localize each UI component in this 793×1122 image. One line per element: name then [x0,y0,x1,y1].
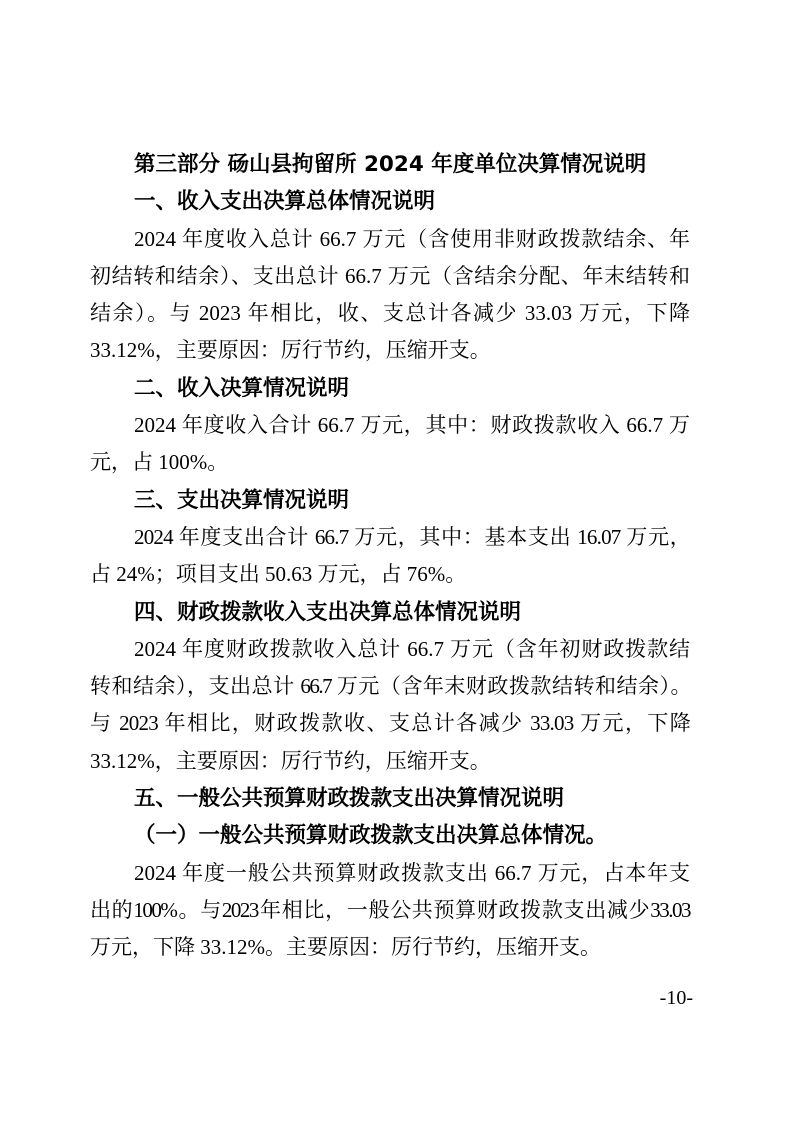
paragraph-line: 2024 年度收入合计 66.7 万元，其中：财政拨款收入 66.7 万 [90,407,690,444]
paragraph-line: 2024 年度一般公共预算财政拨款支出 66.7 万元，占本年支 [90,855,690,892]
section-5-heading: 五、一般公共预算财政拨款支出决算情况说明 [90,780,690,817]
paragraph-line: 与 2023 年相比，财政拨款收、支总计各减少 33.03 万元，下降 [90,705,690,742]
paragraph-line: 结余）。与 2023 年相比，收、支总计各减少 33.03 万元，下降 [90,295,690,332]
paragraph-line: 2024 年度财政拨款收入总计 66.7 万元（含年初财政拨款结 [90,631,690,668]
paragraph-line: 33.12%，主要原因：厉行节约，压缩开支。 [90,332,690,369]
paragraph-line: 初结转和结余）、支出总计 66.7 万元（含结余分配、年末结转和 [90,258,690,295]
paragraph-line: 占 24%；项目支出 50.63 万元，占 76%。 [90,556,690,593]
paragraph-line: 转和结余），支出总计 66.7 万元（含年末财政拨款结转和结余）。 [90,668,690,705]
document-title: 第三部分 砀山县拘留所 2024 年度单位决算情况说明 [90,146,690,183]
document-page: { "doc": { "title": "第三部分 砀山县拘留所 2024 年度… [0,0,793,1122]
paragraph-line: 万元，下降 33.12%。主要原因：厉行节约，压缩开支。 [90,929,690,966]
paragraph-line: 元，占 100%。 [90,444,690,481]
section-5-subheading: （一）一般公共预算财政拨款支出决算总体情况。 [90,817,690,854]
section-1-heading: 一、收入支出决算总体情况说明 [90,183,690,220]
document-body: 第三部分 砀山县拘留所 2024 年度单位决算情况说明 一、收入支出决算总体情况… [90,146,690,967]
page-number: -10- [660,988,693,1008]
section-2-heading: 二、收入决算情况说明 [90,370,690,407]
paragraph-line: 出的100%。与2023年相比，一般公共预算财政拨款支出减少33.03 [90,892,690,929]
section-3-heading: 三、支出决算情况说明 [90,482,690,519]
paragraph-line: 2024 年度收入总计 66.7 万元（含使用非财政拨款结余、年 [90,221,690,258]
paragraph-line: 2024 年度支出合计 66.7 万元，其中：基本支出 16.07 万元， [90,519,690,556]
paragraph-line: 33.12%，主要原因：厉行节约，压缩开支。 [90,743,690,780]
section-4-heading: 四、财政拨款收入支出决算总体情况说明 [90,594,690,631]
